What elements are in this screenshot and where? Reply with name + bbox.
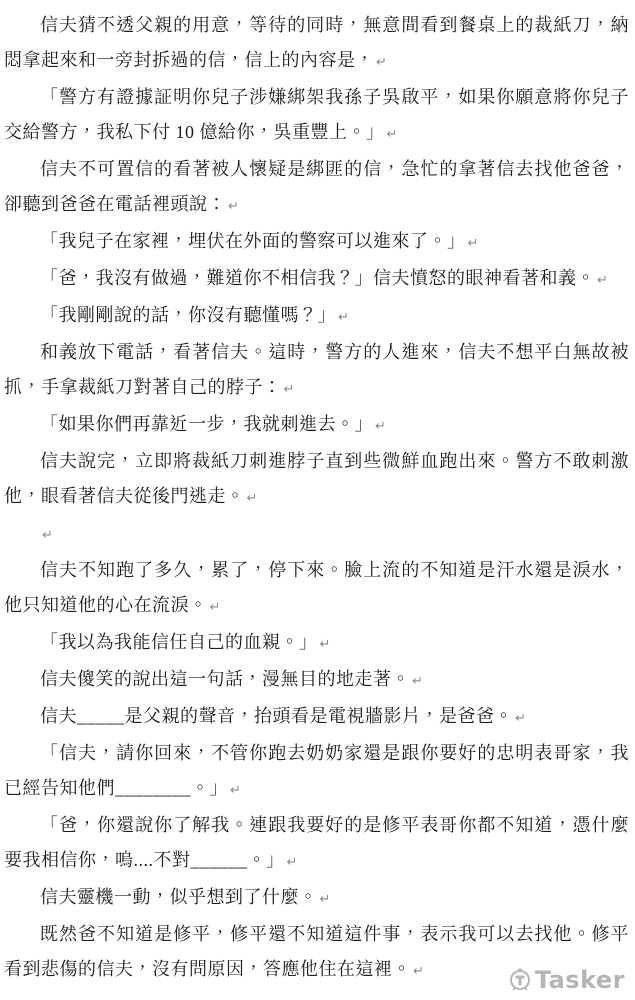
paragraph: 「信夫，請你回來，不管你跑去奶奶家還是跟你要好的忠明表哥家，我已經告知他們___… bbox=[4, 736, 629, 808]
paragraph: 「我兒子在家裡，埋伏在外面的警察可以進來了。」↵ bbox=[4, 224, 629, 261]
paragraph-mark-icon: ↵ bbox=[320, 892, 331, 907]
paragraph: 信夫_____是父親的聲音，抬頭看是電視牆影片，是爸爸。↵ bbox=[4, 699, 629, 736]
watermark-label: Tasker bbox=[535, 966, 625, 994]
paragraph: 信夫說完，立即將裁紙刀刺進脖子直到些微鮮血跑出來。警方不敢刺激他，眼看著信夫從後… bbox=[4, 444, 629, 516]
tasker-watermark: Tasker bbox=[508, 966, 625, 994]
paragraph-mark-icon: ↵ bbox=[228, 199, 239, 214]
tasker-logo-icon bbox=[508, 968, 532, 992]
document-page: { "theme": { "background": "#ffffff", "t… bbox=[0, 0, 635, 1000]
paragraph-text: 「我以為我能信任自己的血親。」 bbox=[40, 632, 318, 652]
paragraph-text: 信夫靈機一動，似乎想到了什麼。 bbox=[40, 887, 318, 907]
paragraph-mark-icon: ↵ bbox=[468, 236, 479, 251]
paragraph-text: 和義放下電話，看著信夫。這時，警方的人進來，信夫不想平白無故被抓，手拿裁紙刀對著… bbox=[4, 342, 629, 397]
paragraph-text: 「我兒子在家裡，埋伏在外面的警察可以進來了。」 bbox=[40, 231, 466, 251]
paragraph-text: 「我剛剛說的話，你沒有聽懂嗎？」 bbox=[40, 305, 336, 325]
paragraph-mark-icon: ↵ bbox=[42, 528, 53, 543]
paragraph-mark-icon: ↵ bbox=[597, 273, 608, 288]
paragraph-mark-icon: ↵ bbox=[284, 382, 295, 397]
paragraph: 「警方有證據証明你兒子涉嫌綁架我孫子吳啟平，如果你願意將你兒子交給警方，我私下付… bbox=[4, 80, 629, 152]
paragraph: 「如果你們再靠近一步，我就刺進去。」↵ bbox=[4, 407, 629, 444]
paragraph-mark-icon: ↵ bbox=[412, 674, 423, 689]
paragraph: 信夫不知跑了多久，累了，停下來。臉上流的不知道是汗水還是淚水，他只知道他的心在流… bbox=[4, 553, 629, 625]
paragraph-text: 「警方有證據証明你兒子涉嫌綁架我孫子吳啟平，如果你願意將你兒子交給警方，我私下付… bbox=[4, 87, 629, 142]
paragraph-mark-icon: ↵ bbox=[515, 711, 526, 726]
paragraph-mark-icon: ↵ bbox=[287, 855, 298, 870]
paragraph: 信夫傻笑的說出這一句話，漫無目的地走著。↵ bbox=[4, 662, 629, 699]
paragraph: 「我剛剛說的話，你沒有聽懂嗎？」↵ bbox=[4, 298, 629, 335]
paragraph-mark-icon: ↵ bbox=[338, 310, 349, 325]
paragraph: 「我以為我能信任自己的血親。」↵ bbox=[4, 625, 629, 662]
paragraph-text: 「爸，我沒有做過，難道你不相信我？」信夫憤怒的眼神看著和義。 bbox=[40, 268, 595, 288]
paragraph-text: 信夫不可置信的看著被人懷疑是綁匪的信，急忙的拿著信去找他爸爸，卻聽到爸爸在電話裡… bbox=[4, 159, 629, 214]
paragraph-text: 「爸，你還說你了解我。連跟我要好的是修平表哥你都不知道，憑什麼要我相信你，嗚..… bbox=[4, 815, 629, 870]
paragraph-mark-icon: ↵ bbox=[210, 600, 221, 615]
paragraph-text: 「如果你們再靠近一步，我就刺進去。」 bbox=[40, 414, 373, 434]
paragraph: 和義放下電話，看著信夫。這時，警方的人進來，信夫不想平白無故被抓，手拿裁紙刀對著… bbox=[4, 335, 629, 407]
paragraph-empty: ↵ bbox=[4, 516, 629, 553]
paragraph-text: 信夫傻笑的說出這一句話，漫無目的地走著。 bbox=[40, 669, 410, 689]
paragraph-text: 信夫_____是父親的聲音，抬頭看是電視牆影片，是爸爸。 bbox=[40, 706, 513, 726]
paragraph-mark-icon: ↵ bbox=[247, 491, 258, 506]
paragraph-mark-icon: ↵ bbox=[387, 127, 398, 142]
paragraph-text: 信夫不知跑了多久，累了，停下來。臉上流的不知道是汗水還是淚水，他只知道他的心在流… bbox=[4, 560, 629, 615]
paragraph: 「爸，你還說你了解我。連跟我要好的是修平表哥你都不知道，憑什麼要我相信你，嗚..… bbox=[4, 808, 629, 880]
paragraph: 信夫猜不透父親的用意，等待的同時，無意間看到餐桌上的裁紙刀，納悶拿起來和一旁封拆… bbox=[4, 8, 629, 80]
document-body: 信夫猜不透父親的用意，等待的同時，無意間看到餐桌上的裁紙刀，納悶拿起來和一旁封拆… bbox=[0, 0, 635, 989]
paragraph: 信夫靈機一動，似乎想到了什麼。↵ bbox=[4, 880, 629, 917]
paragraph-text: 信夫說完，立即將裁紙刀刺進脖子直到些微鮮血跑出來。警方不敢刺激他，眼看著信夫從後… bbox=[4, 451, 629, 506]
paragraph: 「爸，我沒有做過，難道你不相信我？」信夫憤怒的眼神看著和義。↵ bbox=[4, 261, 629, 298]
paragraph-mark-icon: ↵ bbox=[230, 783, 241, 798]
paragraph-mark-icon: ↵ bbox=[376, 55, 387, 70]
paragraph-mark-icon: ↵ bbox=[375, 419, 386, 434]
paragraph-mark-icon: ↵ bbox=[413, 964, 424, 979]
paragraph-mark-icon: ↵ bbox=[320, 637, 331, 652]
paragraph: 信夫不可置信的看著被人懷疑是綁匪的信，急忙的拿著信去找他爸爸，卻聽到爸爸在電話裡… bbox=[4, 152, 629, 224]
paragraph-text: 「信夫，請你回來，不管你跑去奶奶家還是跟你要好的忠明表哥家，我已經告知他們___… bbox=[4, 743, 629, 798]
paragraph-text: 信夫猜不透父親的用意，等待的同時，無意間看到餐桌上的裁紙刀，納悶拿起來和一旁封拆… bbox=[4, 15, 629, 70]
